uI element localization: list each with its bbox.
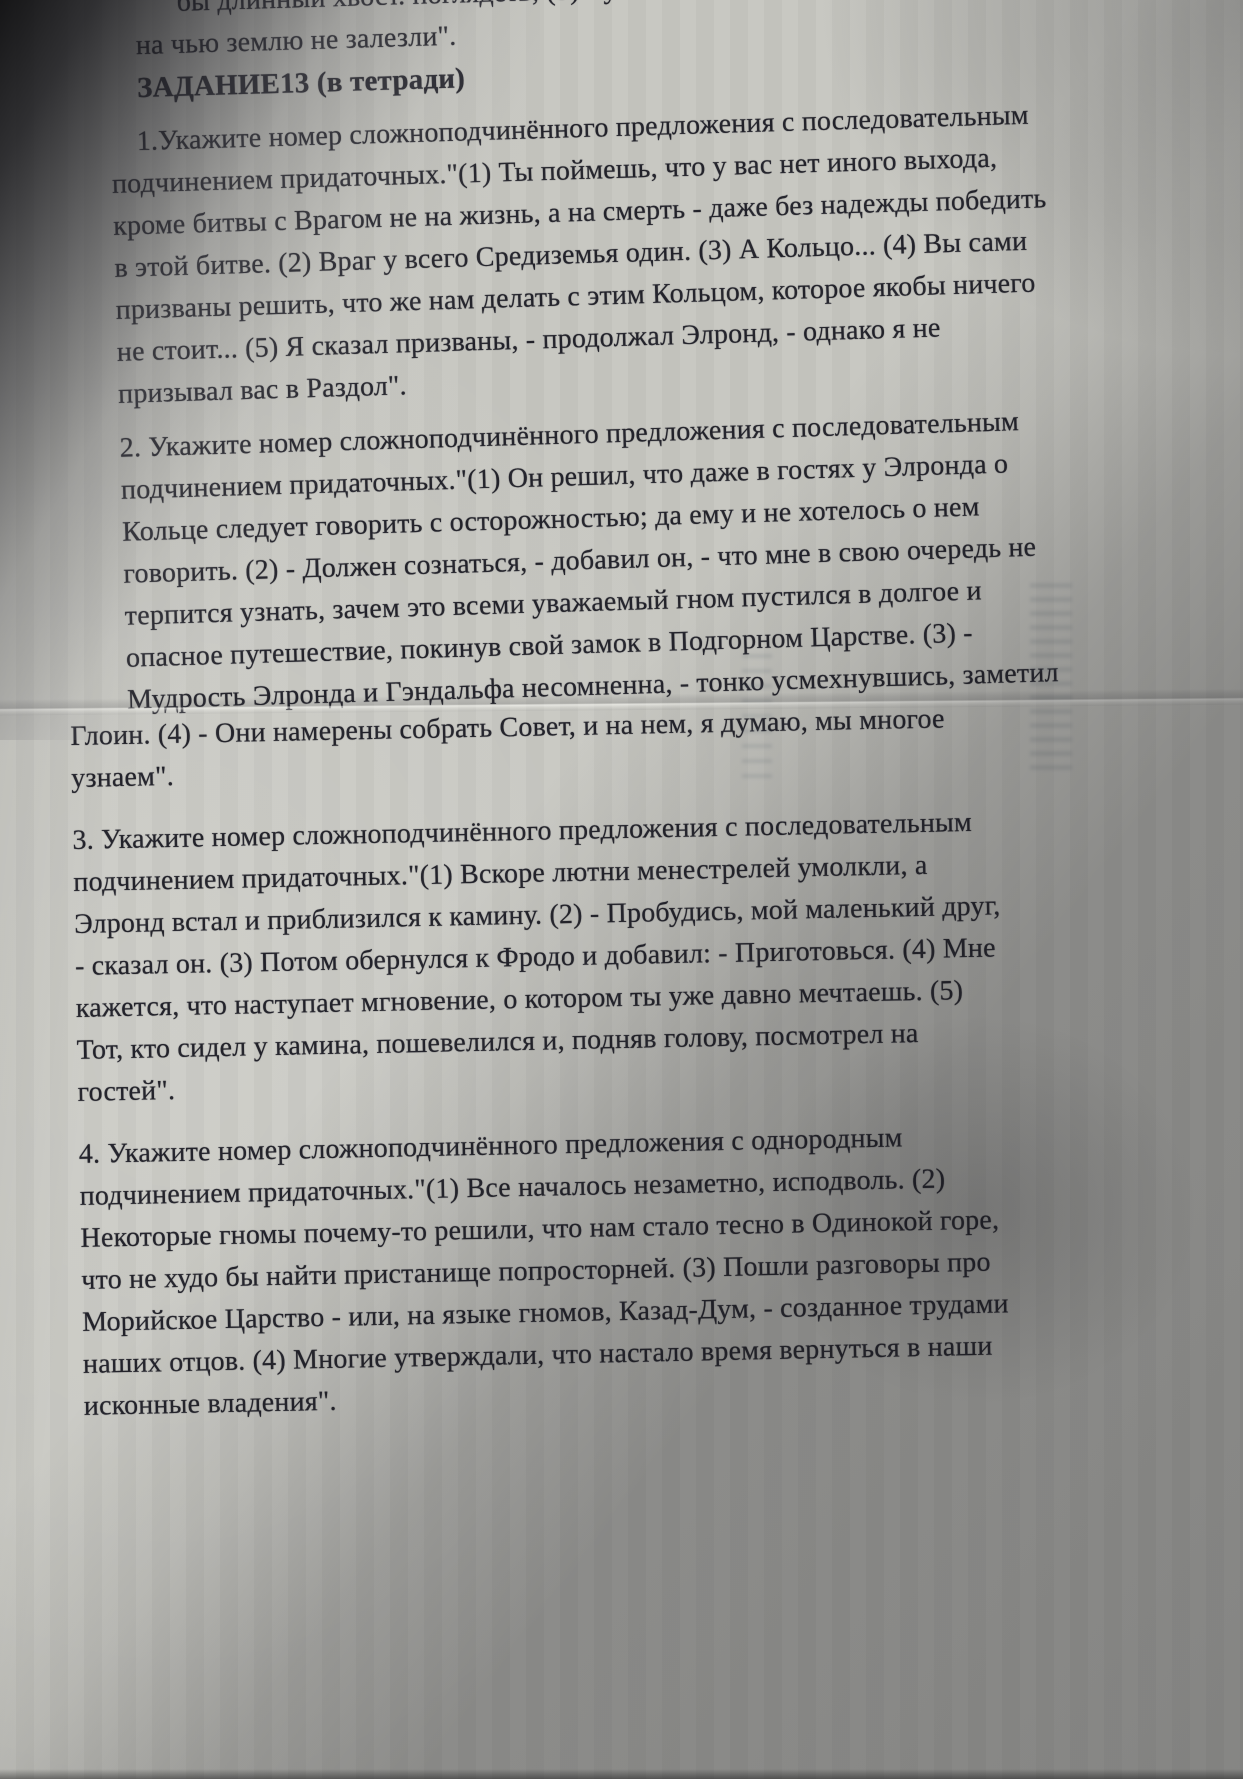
shadow-top-right-corner [683,0,1243,520]
photo-bottom-edge [0,1769,1243,1779]
photographed-worksheet: бы длинный хвост. поглядеть, (5) - уж на… [0,0,1243,1779]
shadow-top-left-wedge [0,0,540,740]
shadow-silhouette-blob [640,930,1243,1490]
